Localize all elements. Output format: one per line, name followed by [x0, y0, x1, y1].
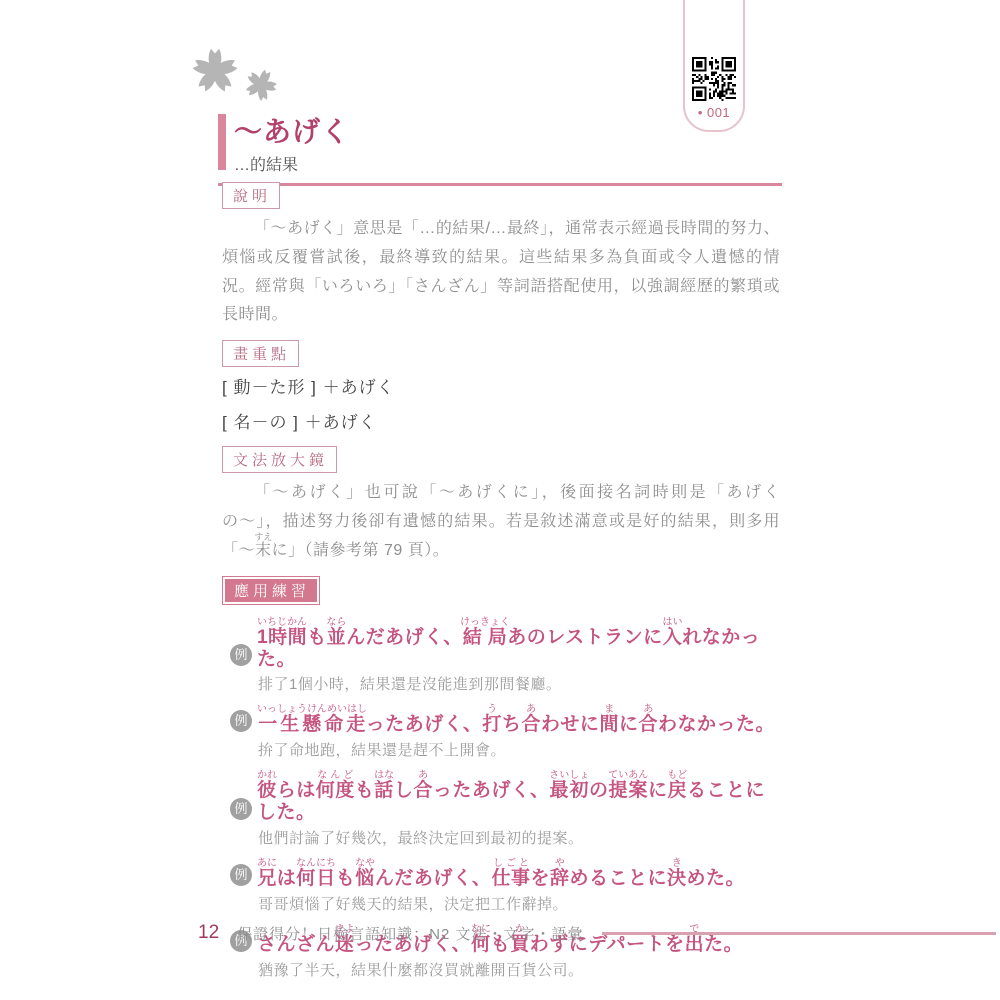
- main-content: 說明 「〜あげく」意思是「…的結果/…最終」，通常表示經過長時間的努力、煩惱或反…: [218, 182, 780, 988]
- section-label-grammar-magnifier: 文法放大鏡: [222, 446, 337, 473]
- example-chinese-translation: 猶豫了半天，結果什麼都沒買就離開百貨公司。: [258, 959, 780, 980]
- example-item: 例 1時間いちじかんも並ならんだあげく、結局けっきょくあのレストランに入はいれな…: [218, 615, 780, 695]
- explanation-paragraph: 「〜あげく」意思是「…的結果/…最終」，通常表示經過長時間的努力、煩惱或反覆嘗試…: [222, 215, 780, 330]
- example-badge-icon: 例: [230, 710, 252, 732]
- example-item: 例 兄あには何日なんにちも悩なやんだあげく、仕事しごとを辞やめることに決きめた。…: [218, 856, 780, 914]
- sakura-flower-icon: [188, 44, 242, 98]
- example-japanese-text: 兄あには何日なんにちも悩なやんだあげく、仕事しごとを辞やめることに決きめた。: [257, 856, 745, 890]
- accent-bar: [218, 114, 226, 170]
- page-number: 12: [198, 922, 219, 944]
- example-badge-icon: 例: [230, 644, 252, 666]
- page-title: 〜あげく: [234, 110, 782, 150]
- grammar-magnifier-paragraph: 「〜あげく」也可說「〜あげくに」，後面接名詞時則是「あげくの〜」，描述努力後卻有…: [222, 479, 780, 565]
- example-chinese-translation: 哥哥煩惱了好幾天的結果，決定把工作辭掉。: [258, 893, 780, 914]
- example-item: 例 一生懸命走いっしょうけんめいはしったあげく、打うち合あわせに間まに合あわなか…: [218, 702, 780, 760]
- example-japanese-line: 例 兄あには何日なんにちも悩なやんだあげく、仕事しごとを辞やめることに決きめた。: [218, 856, 780, 890]
- lesson-header: 〜あげく …的結果: [218, 110, 782, 186]
- page-subtitle: …的結果: [234, 152, 782, 175]
- example-japanese-line: 例 彼かれらは何度なんども話はなし合あったあげく、最初さいしょの提案ていあんに戻…: [218, 768, 780, 824]
- example-japanese-line: 例 1時間いちじかんも並ならんだあげく、結局けっきょくあのレストランに入はいれな…: [218, 615, 780, 671]
- example-item: 例 彼かれらは何度なんども話はなし合あったあげく、最初さいしょの提案ていあんに戻…: [218, 768, 780, 848]
- grammar-patterns: [ 動－た形 ] ＋あげく [ 名－の ] ＋あげく: [218, 373, 780, 438]
- example-chinese-translation: 拚了命地跑，結果還是趕不上開會。: [258, 739, 780, 760]
- pattern-line: [ 名－の ] ＋あげく: [222, 408, 780, 439]
- example-chinese-translation: 他們討論了好幾次，最終決定回到最初的提案。: [258, 827, 780, 848]
- pattern-line: [ 動－た形 ] ＋あげく: [222, 373, 780, 404]
- page-footer: 12 保證得分！日檢言語知識：N2 文法・文字・語彙: [198, 922, 1000, 944]
- section-label-explanation: 說明: [222, 182, 280, 209]
- section-label-key-points: 畫重點: [222, 340, 299, 367]
- sakura-flower-icon: [242, 66, 280, 104]
- example-japanese-text: 1時間いちじかんも並ならんだあげく、結局けっきょくあのレストランに入はいれなかっ…: [257, 615, 780, 671]
- example-japanese-line: 例 一生懸命走いっしょうけんめいはしったあげく、打うち合あわせに間まに合あわなか…: [218, 702, 780, 736]
- footer-rule: [602, 932, 997, 935]
- example-japanese-text: 一生懸命走いっしょうけんめいはしったあげく、打うち合あわせに間まに合あわなかった…: [257, 702, 775, 736]
- example-japanese-text: 彼かれらは何度なんども話はなし合あったあげく、最初さいしょの提案ていあんに戻もど…: [257, 768, 780, 824]
- example-badge-icon: 例: [230, 864, 252, 886]
- book-title: 保證得分！日檢言語知識：N2 文法・文字・語彙: [237, 923, 583, 944]
- example-chinese-translation: 排了1個小時，結果還是沒能進到那間餐廳。: [258, 673, 780, 694]
- qr-code-icon: [692, 57, 736, 101]
- section-label-practice: 應用練習: [222, 576, 320, 605]
- example-badge-icon: 例: [230, 798, 252, 820]
